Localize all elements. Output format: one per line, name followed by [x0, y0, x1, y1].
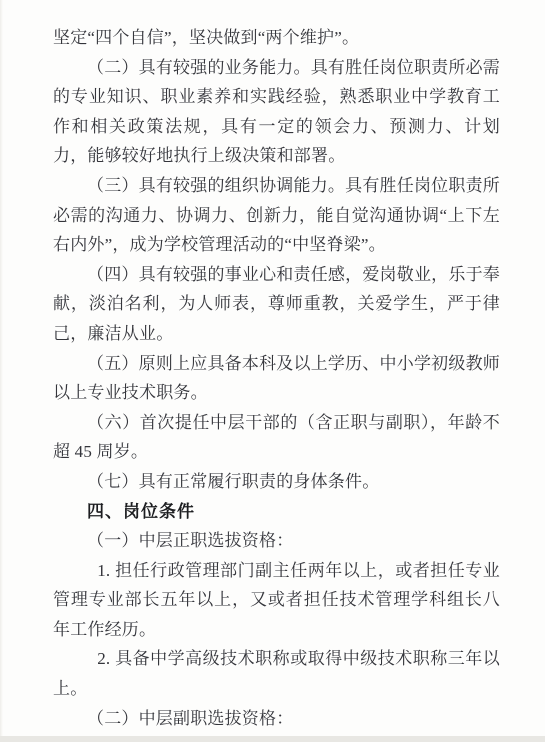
section-heading-position-requirements: 四、岗位条件 [53, 497, 500, 527]
paragraph-item-7: （七）具有正常履行职责的身体条件。 [53, 467, 500, 497]
document-page: 坚定“四个自信”，坚决做到“两个维护”。 （二）具有较强的业务能力。具有胜任岗位… [0, 0, 545, 742]
paragraph-subitem-1: （一）中层正职选拔资格： [53, 526, 500, 556]
paragraph-item-6: （六）首次提任中层干部的（含正职与副职），年龄不超 45 周岁。 [53, 408, 500, 467]
scan-edge-bottom [0, 736, 545, 742]
paragraph-subitem-2: （二）中层副职选拔资格： [53, 704, 500, 734]
paragraph-numbered-2: 2. 具备中学高级技术职称或取得中级技术职称三年以上。 [53, 644, 500, 703]
scan-edge-left [0, 0, 3, 742]
paragraph-numbered-1: 1. 担任行政管理部门副主任两年以上，或者担任专业管理专业部长五年以上，又或者担… [53, 556, 500, 645]
paragraph-item-3: （三）具有较强的组织协调能力。具有胜任岗位职责所必需的沟通力、协调力、创新力，能… [53, 171, 500, 260]
paragraph-item-2: （二）具有较强的业务能力。具有胜任岗位职责所必需的专业知识、职业素养和实践经验，… [53, 53, 500, 171]
paragraph-continuation: 坚定“四个自信”，坚决做到“两个维护”。 [53, 23, 500, 53]
paragraph-item-5: （五）原则上应具备本科及以上学历、中小学初级教师以上专业技术职务。 [53, 349, 500, 408]
document-body-text: 坚定“四个自信”，坚决做到“两个维护”。 （二）具有较强的业务能力。具有胜任岗位… [53, 23, 500, 733]
paragraph-item-4: （四）具有较强的事业心和责任感，爱岗敬业，乐于奉献，淡泊名利，为人师表，尊师重教… [53, 260, 500, 349]
